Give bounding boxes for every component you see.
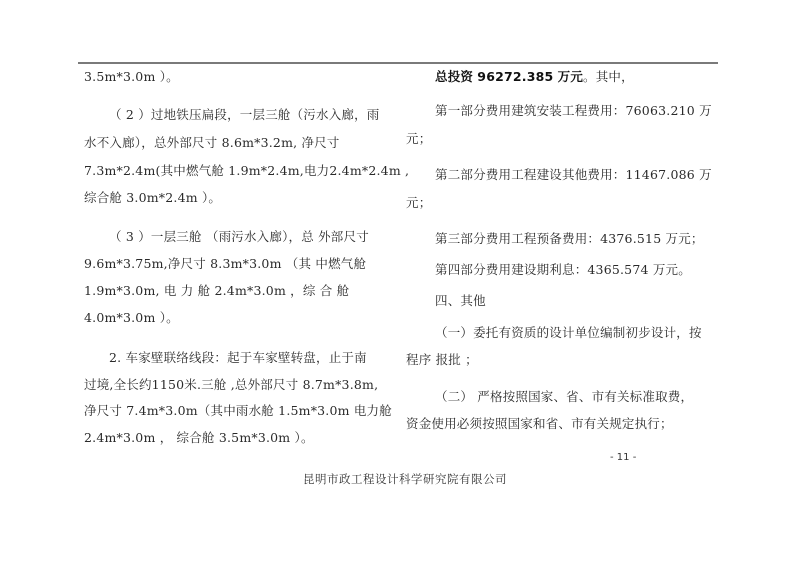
paragraph-section-3-line-4: 4.0m*3.0m ）。 [84,307,179,329]
cost-part-2-line-1: 第二部分费用工程建设其他费用：11467.086 万 [410,164,712,186]
footer-company-name: 昆明市政工程设计科学研究院有限公司 [303,471,507,487]
total-investment-label: 总投资 [435,69,473,84]
paragraph-section-3-line-2: 9.6m*3.75m,净尺寸 8.3m*3.0m （其 中燃气舱 [84,253,366,275]
item-1-line-1: （一）委托有资质的设计单位编制初步设计，按 [410,322,702,344]
paragraph-section-3-line-3: 1.9m*3.0m, 电 力 舱 2.4m*3.0m ，综 合 舱 [84,280,349,302]
total-investment-suffix: 。其中， [583,69,634,84]
cost-part-1-line-2: 元； [406,128,431,150]
cost-part-2-line-2: 元； [406,192,431,214]
paragraph-section-2-line-1: （ 2 ）过地铁压扁段，一层三舱（污水入廊，雨 [84,104,380,126]
total-investment-unit: 万元 [558,69,583,84]
document-page: 3.5m*3.0m ）。 （ 2 ）过地铁压扁段，一层三舱（污水入廊，雨 水不入… [0,0,800,566]
paragraph-chejiabi-line-2: 过境,全长约1150米.三舱 ,总外部尺寸 8.7m*3.8m, [84,374,378,396]
paragraph-section-3-line-1: （ 3 ）一层三舱 （雨污水入廊），总 外部尺寸 [84,226,369,248]
paragraph-section-2-line-3: 7.3m*2.4m(其中燃气舱 1.9m*2.4m,电力2.4m*2.4m , [84,160,409,182]
paragraph-section-2-line-2: 水不入廊），总外部尺寸 8.6m*3.2m, 净尺寸 [84,132,340,154]
paragraph-chejiabi-line-1: 2. 车家壁联络线段：起于车家壁转盘，止于南 [84,347,367,369]
item-2-line-1: （二） 严格按照国家、省、市有关标准取费， [410,386,693,408]
section-heading-other: 四、其他 [410,290,486,312]
cost-part-1-line-1: 第一部分费用建筑安装工程费用：76063.210 万 [410,100,712,122]
total-investment-line: 总投资 96272.385 万元。其中， [410,66,634,88]
total-investment-value: 96272.385 [477,69,553,84]
cost-part-4: 第四部分费用建设期利息：4365.574 万元。 [410,259,691,281]
paragraph-chejiabi-line-4: 2.4m*3.0m ， 综合舱 3.5m*3.0m ）。 [84,427,314,449]
item-2-line-2: 资金使用必须按照国家和省、市有关规定执行； [406,413,673,435]
cost-part-3: 第三部分费用工程预备费用：4376.515 万元； [410,228,704,250]
paragraph-section-2-line-4: 综合舱 3.0m*2.4m ）。 [84,187,221,209]
page-number: - 11 - [610,452,636,463]
paragraph-chejiabi-line-3: 净尺寸 7.4m*3.0m（其中雨水舱 1.5m*3.0m 电力舱 [84,400,392,422]
item-1-line-2: 程序 报批 ； [406,349,478,371]
text-line: 3.5m*3.0m ）。 [84,66,179,88]
header-rule [78,62,718,64]
